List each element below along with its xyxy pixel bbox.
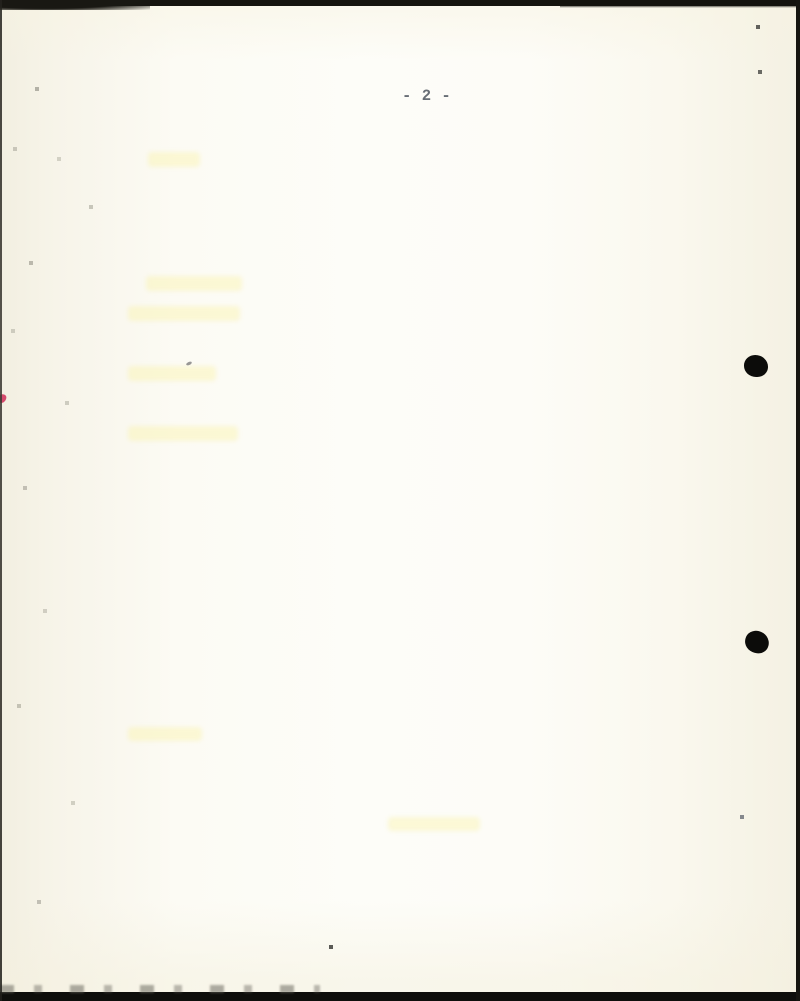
- typed-line: convince, a work of regular working,work…: [128, 358, 790, 388]
- scan-edge-left: [0, 0, 2, 1001]
- typed-line: anything, both in Syria - well, in Syria…: [128, 508, 790, 538]
- typed-line: none in our hospitals will be allowed to…: [128, 748, 790, 778]
- typed-line: GEN. DAYAN: They say "bukra": [128, 208, 790, 238]
- typed-line: are horrible rumors about that. So just …: [128, 688, 790, 718]
- typed-line: thing - until we have a reply both about…: [128, 538, 790, 568]
- typed-line: explanation for that. There is no refusa…: [128, 298, 790, 328]
- typed-text-block: we want to push your request, but we sha…: [128, 148, 790, 868]
- typed-line: that we shall stop, all, all medical aid…: [128, 478, 790, 508]
- typed-line: RC: "Bukra Inshalla". Yousee. And this i…: [128, 238, 790, 268]
- typed-line: wounded Egyptian soldier will be evacuat…: [128, 718, 790, 748]
- typed-line: the Third Army and no more medicines on …: [128, 778, 790, 808]
- scan-edge-bottom: [0, 992, 800, 1001]
- page-number: - 2 -: [402, 87, 451, 105]
- typed-line: GEN. DAYAN: If this is the position, I a…: [128, 448, 790, 478]
- scan-edge-right: [796, 0, 800, 1001]
- typed-line: in Syria and in Egypt. We shall not let …: [128, 568, 790, 598]
- typed-line: this word 'transmit' is used-: [128, 178, 790, 208]
- typed-line: scandal. We don't know how they treat ou…: [128, 658, 790, 688]
- typed-line: did not succeed to get a decision. So we…: [128, 388, 790, 418]
- typed-line: frozen, until we get a satisfactory repl…: [128, 838, 790, 868]
- scan-edge-top: [0, 0, 800, 6]
- scanned-document-page: - 2 - we want to push your request, but …: [0, 0, 800, 1001]
- hole-punch-mark: [744, 355, 768, 377]
- typed-line: my colleague, either in Cairo or in Dama…: [128, 268, 790, 298]
- typed-line: stop everything. Because I think what th…: [128, 628, 790, 658]
- typed-line: you will get them. But it does not come.…: [128, 328, 790, 358]
- typed-line: explanation. But we have no official exp…: [128, 418, 790, 448]
- typed-line: been coming, no additional medicine. Not…: [128, 808, 790, 838]
- typed-line: take place or any incoming medicine or a…: [128, 598, 790, 628]
- typed-line: we want to push your request, but we sha…: [128, 148, 790, 178]
